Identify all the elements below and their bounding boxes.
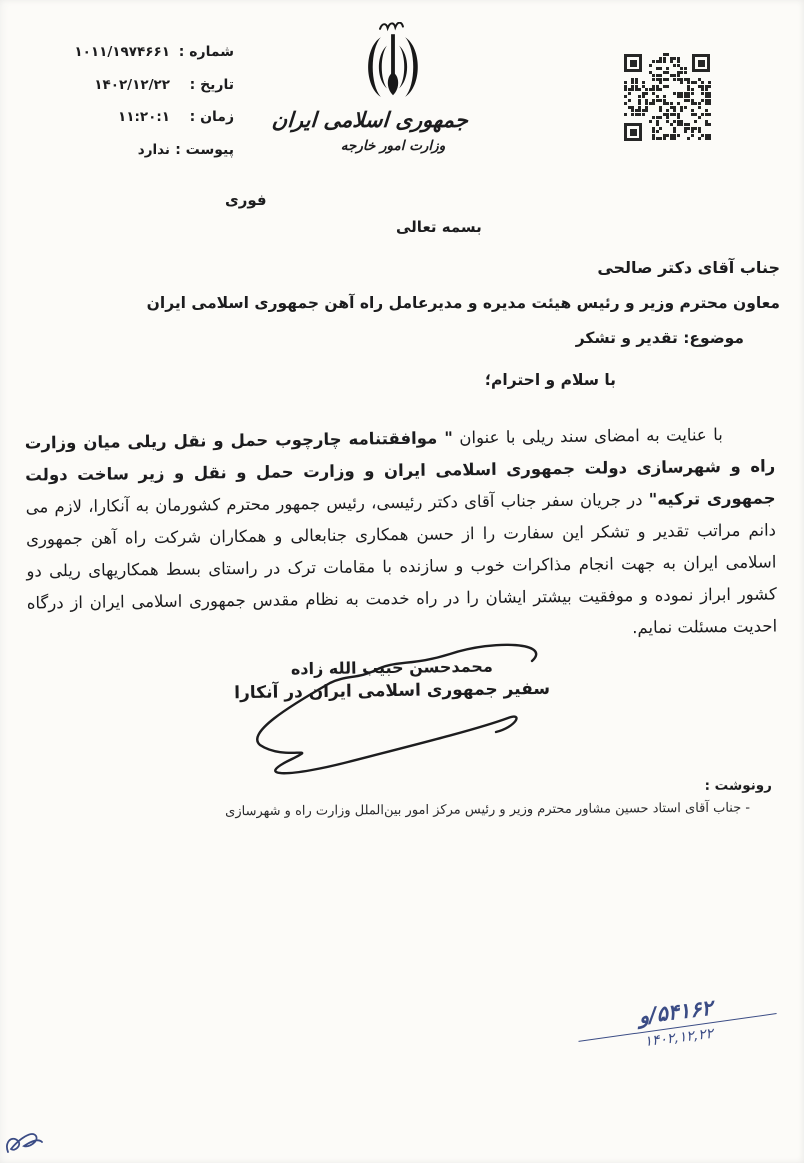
subject-line: موضوع: تقدیر و تشکر [576,329,744,347]
ref-number-label: شماره : [170,44,234,60]
qr-code [624,53,712,143]
letterhead: جمهوری اسلامی ایران وزارت امور خارجه [318,22,468,154]
signatory-title: سفیر جمهوری اسلامی ایران در آنکارا [182,678,602,704]
recipient-title: معاون محترم وزیر و رئیس هیئت مدیره و مدی… [147,294,780,312]
ref-date-value: ۱۴۰۲/۱۲/۲۲ [92,77,170,93]
letter-body: با عنایت به امضای سند ریلی با عنوان " مو… [25,418,778,651]
org-department: وزارت امور خارجه [318,138,468,154]
handwritten-ref: ۵۴۱۶۲/و ۱۴۰۲,۱۲,۲۲ [575,988,779,1058]
letter-document: شماره : ۱۰۱۱/۱۹۷۴۶۶۱ تاریخ : ۱۴۰۲/۱۲/۲۲ … [0,0,804,1163]
initial-scribble [2,1118,50,1163]
ref-number-value: ۱۰۱۱/۱۹۷۴۶۶۱ [72,44,170,60]
signature-block: محمدحسن حبیب الله زاده سفیر جمهوری اسلام… [182,655,603,704]
ref-time-value: ۱۱:۲۰:۱ [116,109,170,125]
qr-finder-bottom-left [624,123,642,141]
body-rest: در جریان سفر جناب آقای دکتر رئیسی، رئیس … [26,489,778,636]
urgency-stamp: فوری [225,191,267,209]
reference-fields: شماره : ۱۰۱۱/۱۹۷۴۶۶۱ تاریخ : ۱۴۰۲/۱۲/۲۲ … [58,44,234,174]
recipient-name: جناب آقای دکتر صالحی [597,258,780,277]
body-lead: با عنایت به امضای سند ریلی با عنوان [453,425,723,447]
cc-section: رونوشت : - جناب آقای استاد حسین مشاور مح… [30,777,772,820]
ref-date-label: تاریخ : [170,77,234,93]
qr-finder-top-right [692,54,710,72]
signatory-name: محمدحسن حبیب الله زاده [182,655,602,680]
ref-row-date: تاریخ : ۱۴۰۲/۱۲/۲۲ [58,77,234,110]
ref-attachment-label: پیوست : [170,142,234,158]
cc-item: - جناب آقای استاد حسین مشاور محترم وزیر … [30,800,772,820]
ref-row-number: شماره : ۱۰۱۱/۱۹۷۴۶۶۱ [58,44,234,77]
ref-row-time: زمان : ۱۱:۲۰:۱ [58,109,234,142]
iran-emblem-icon [354,22,432,106]
cc-label: رونوشت : [30,777,772,798]
basmala: بسمه تعالی [396,218,482,236]
ref-attachment-value: ندارد [136,142,170,158]
org-name: جمهوری اسلامی ایران [317,108,469,132]
salutation: با سلام و احترام؛ [485,371,616,389]
ref-time-label: زمان : [170,109,234,125]
qr-finder-top-left [624,54,642,72]
ref-row-attachment: پیوست : ندارد [58,142,234,175]
